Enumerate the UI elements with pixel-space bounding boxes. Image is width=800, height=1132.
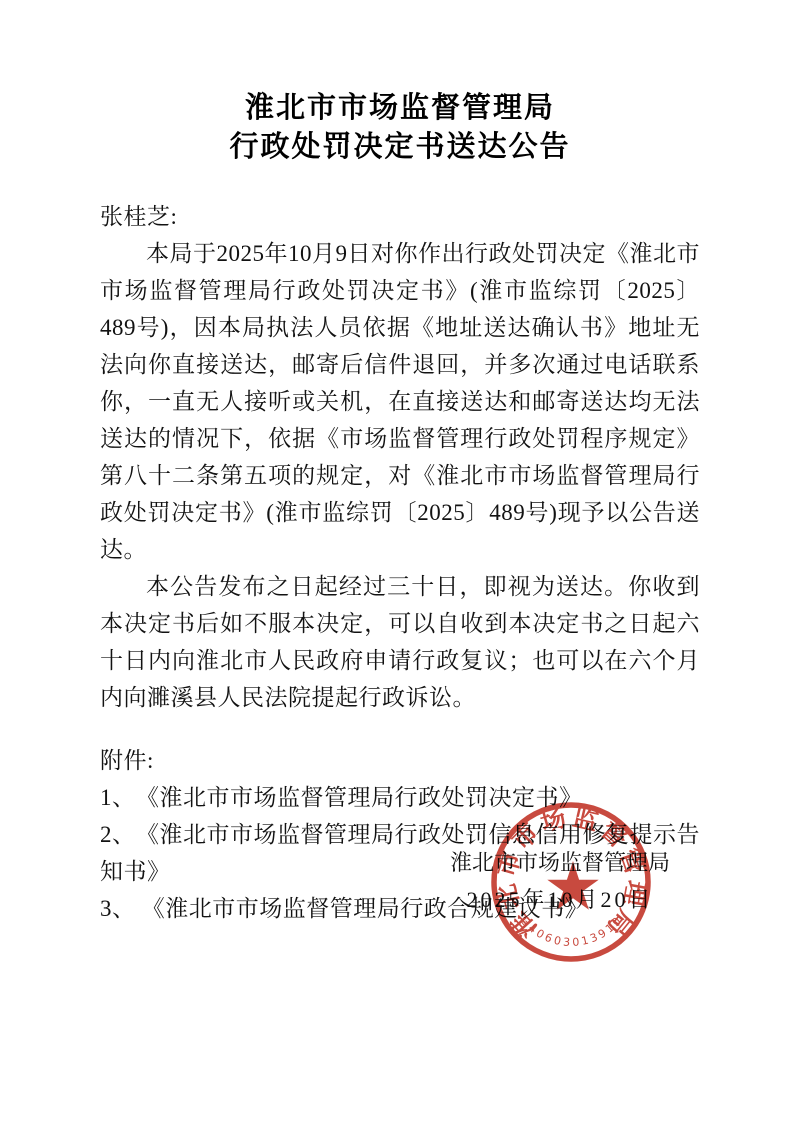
document-page: 淮北市市场监督管理局 行政处罚决定书送达公告 张桂芝: 本局于2025年10月9…	[0, 0, 800, 1132]
attachments-label: 附件:	[100, 742, 700, 779]
document-body: 张桂芝: 本局于2025年10月9日对你作出行政处罚决定《淮北市市场监督管理局行…	[100, 198, 700, 927]
signature-date: 2025年10月20日	[450, 881, 670, 918]
document-title: 淮北市市场监督管理局 行政处罚决定书送达公告	[100, 88, 700, 166]
title-line-1: 淮北市市场监督管理局	[100, 88, 700, 127]
title-line-2: 行政处罚决定书送达公告	[100, 127, 700, 166]
signature-block: 淮北市市场监督管理局 2025年10月20日	[450, 844, 670, 918]
paragraph-legal-remedies: 本公告发布之日起经过三十日，即视为送达。你收到本决定书后如不服本决定，可以自收到…	[100, 568, 700, 716]
attachment-item: 1、 《淮北市市场监督管理局行政处罚决定书》	[100, 779, 700, 816]
signature-org: 淮北市市场监督管理局	[450, 844, 670, 881]
salutation: 张桂芝:	[100, 198, 700, 235]
paragraph-delivery-failure: 本局于2025年10月9日对你作出行政处罚决定《淮北市市场监督管理局行政处罚决定…	[100, 235, 700, 568]
